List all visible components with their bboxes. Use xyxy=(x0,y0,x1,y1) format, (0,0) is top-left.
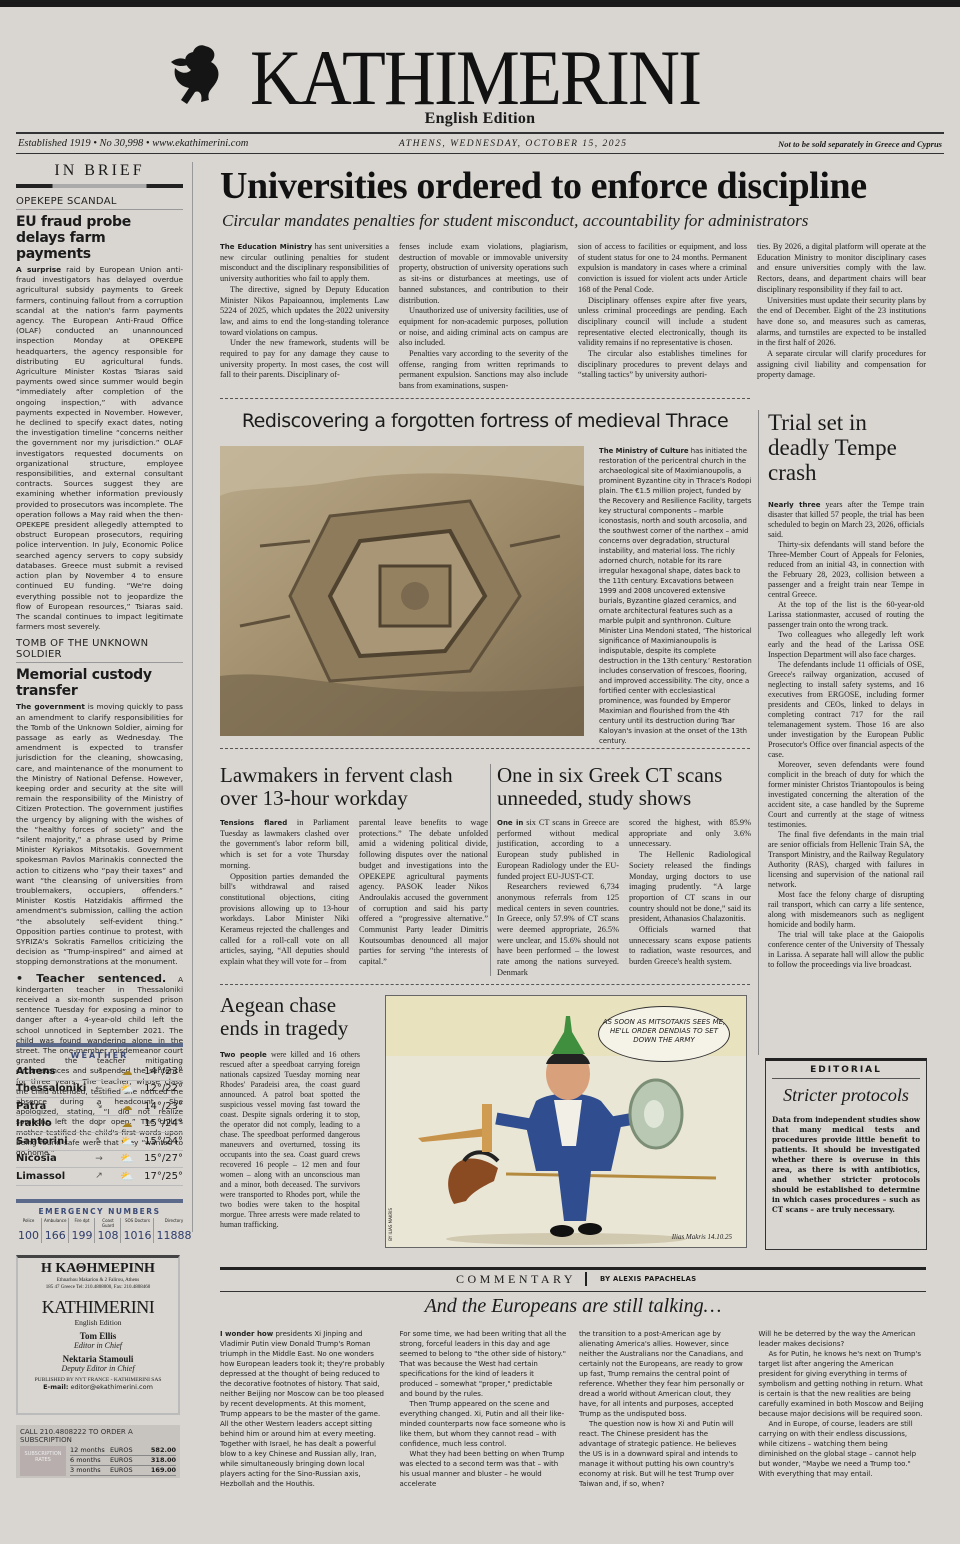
established-info: Established 1919 • No 30,998 • www.ekath… xyxy=(18,138,248,149)
address: Ethnarhou Makariou & 2 Falirou, Athens xyxy=(18,1277,178,1284)
wind-icon: ↓ xyxy=(84,1119,114,1129)
brief-kicker: TOMB OF THE UNKNOWN SOLDIER xyxy=(16,638,183,663)
sky-condition-icon: ⛅ xyxy=(114,1082,140,1095)
weather-rule xyxy=(16,1043,183,1047)
archaeological-site-photo xyxy=(220,446,584,736)
weather-row: Limassol↗⛅17°/25° xyxy=(16,1168,183,1186)
griffin-logo-icon xyxy=(165,42,235,108)
section-divider xyxy=(220,984,750,985)
commentary-rule xyxy=(220,1291,926,1292)
issue-date: ATHENS, WEDNESDAY, OCTOBER 15, 2025 xyxy=(399,139,628,149)
city-name: Thessaloniki xyxy=(16,1083,84,1094)
column-divider xyxy=(490,764,491,976)
section-divider xyxy=(220,748,750,749)
emergency-number: Ambulance166 xyxy=(42,1218,69,1243)
commentary-lede: I wonder how xyxy=(220,1330,273,1338)
emergency-number: Directory11888 xyxy=(154,1218,193,1243)
city-name: Patra xyxy=(16,1101,84,1112)
lead-body: The Education Ministry has sent universi… xyxy=(220,242,926,392)
masthead: KATHIMERINI English Edition xyxy=(0,38,960,133)
commentary-column-4: Will he be deterred by the way the Ameri… xyxy=(759,1329,927,1489)
tempe-body: Nearly three years after the Tempe train… xyxy=(768,500,924,970)
impressum-brand: KATHIMERINI xyxy=(18,1297,178,1318)
cartoon-credit: BY ILIAS MAKRIS xyxy=(388,1208,393,1241)
aegean-lede: Two people xyxy=(220,1051,267,1059)
aegean-body: Two people were killed and 16 others res… xyxy=(220,1050,360,1230)
impressum-box: Η ΚΑΘΗΜΕΡΙΝΗ Ethnarhou Makariou & 2 Fali… xyxy=(16,1255,180,1415)
wind-icon: ↗ xyxy=(84,1066,114,1076)
editorial-box: EDITORIAL Stricter protocols Data from i… xyxy=(765,1058,927,1250)
brief-lede: • Teacher sentenced. xyxy=(16,972,166,985)
subscription-rate-row: 6 monthsEUROS318.00 xyxy=(70,1456,176,1466)
article-text: years after the Tempe train disaster tha… xyxy=(768,500,924,970)
article-text: ties. By 2026, a digital platform will o… xyxy=(757,242,926,381)
ct-scans-body: One in six CT scans in Greece are perfor… xyxy=(497,818,751,979)
brief-lede: A surprise xyxy=(16,265,61,274)
speech-bubble: AS SOON AS MITSOTAKIS SEES ME, HE'LL ORD… xyxy=(598,1006,730,1062)
lawmakers-body: Tensions flared in Parliament Tuesday as… xyxy=(220,818,488,968)
commentary-column-1: I wonder how presidents Xi Jinping and V… xyxy=(220,1329,388,1489)
subscription-rate-row: 12 monthsEUROS582.00 xyxy=(70,1446,176,1456)
thrace-body: The Ministry of Culture has initiated th… xyxy=(599,446,752,746)
section-divider xyxy=(220,398,750,399)
wind-icon: ↗ xyxy=(84,1171,114,1181)
lead-headline: Universities ordered to enforce discipli… xyxy=(220,164,867,208)
sky-condition-icon: ⛅ xyxy=(114,1152,140,1165)
in-brief-rule xyxy=(16,184,183,188)
brief-body: raid by European Union anti-fraud invest… xyxy=(16,265,183,631)
commentary-column-3: the transition to a post-American age by… xyxy=(579,1329,747,1489)
lawmakers-headline: Lawmakers in fervent clash over 13-hour … xyxy=(220,764,490,810)
temperature-range: 15°/24° xyxy=(140,1118,183,1129)
subscription-rates-label: SUBSCRIPTION RATES xyxy=(20,1446,66,1476)
article-text: parental leave benefits to wage protecti… xyxy=(359,818,488,966)
temperature-range: 17°/25° xyxy=(140,1171,183,1182)
column-divider xyxy=(192,162,193,1232)
weather-row: Athens↗☁14°/23° xyxy=(16,1063,183,1081)
sky-condition-icon: ⛅ xyxy=(114,1135,140,1148)
thrace-headline: Rediscovering a forgotten fortress of me… xyxy=(220,410,750,432)
aerial-ruins-image xyxy=(220,446,584,736)
sky-condition-icon: ⛅ xyxy=(114,1170,140,1183)
article-text: the transition to a post-American age by… xyxy=(579,1330,747,1489)
city-name: Santorini xyxy=(16,1136,84,1147)
brief-headline: Memorial custody transfer xyxy=(16,667,183,699)
temperature-range: 15°/24° xyxy=(140,1136,183,1147)
masthead-edition: English Edition xyxy=(0,110,960,128)
commentary-top-rule xyxy=(220,1267,926,1270)
emergency-number: Fire dpt199 xyxy=(69,1218,95,1243)
lead-lede: The Education Ministry xyxy=(220,243,312,251)
weather-row: Santorini↖⛅15°/24° xyxy=(16,1133,183,1151)
weather-row: Iraklio↓☁15°/24° xyxy=(16,1116,183,1134)
in-brief-label: IN BRIEF xyxy=(16,162,183,184)
email-label: E-mail: xyxy=(43,1383,68,1391)
lawmakers-lede: Tensions flared xyxy=(220,819,287,827)
brief-kicker: OPEKEPE SCANDAL xyxy=(16,196,183,210)
weather-title: WEATHER xyxy=(16,1051,183,1060)
sky-condition-icon: ☁ xyxy=(114,1065,140,1078)
tempe-headline: Trial set in deadly Tempe crash xyxy=(768,410,898,485)
cartoon-signature: Ilias Makris 14.10.25 xyxy=(672,1233,732,1241)
address-contact: 185 47 Greece Tel: 210.4808000, Fax: 210… xyxy=(18,1284,178,1291)
lead-column-4: ties. By 2026, a digital platform will o… xyxy=(757,242,926,392)
editorial-title: Stricter protocols xyxy=(772,1085,920,1105)
dateline-bar: Established 1919 • No 30,998 • www.ekath… xyxy=(16,132,944,154)
city-name: Iraklio xyxy=(16,1118,84,1129)
emergency-number: SOS Doctors1016 xyxy=(121,1218,154,1243)
political-cartoon: AS SOON AS MITSOTAKIS SEES ME, HE'LL ORD… xyxy=(385,995,747,1248)
masthead-title: KATHIMERINI xyxy=(250,38,700,118)
thrace-lede: The Ministry of Culture xyxy=(599,447,689,455)
commentary-label: COMMENTARY xyxy=(456,1272,576,1287)
impressum-edition: English Edition xyxy=(18,1318,178,1327)
commentary-body: I wonder how presidents Xi Jinping and V… xyxy=(220,1329,926,1489)
column-divider xyxy=(758,410,759,1055)
top-border xyxy=(0,0,960,7)
emergency-number: Coast Guard108 xyxy=(95,1218,121,1243)
commentary-column-2: For some time, we had been writing that … xyxy=(400,1329,568,1489)
deputy-role: Deputy Editor in Chief xyxy=(18,1364,178,1373)
city-name: Limassol xyxy=(16,1171,84,1182)
brief-body: is moving quickly to pass an amendment t… xyxy=(16,702,183,966)
commentary-byline: BY ALEXIS PAPACHELAS xyxy=(600,1275,696,1283)
sky-condition-icon: ☁ xyxy=(114,1100,140,1113)
temperature-range: 14°/23° xyxy=(140,1066,183,1077)
lead-subhead: Circular mandates penalties for student … xyxy=(222,211,808,231)
commentary-title: And the Europeans are still talking… xyxy=(220,1295,926,1318)
article-text: fenses include exam violations, plagiari… xyxy=(399,242,568,392)
aegean-text: were killed and 16 others rescued after … xyxy=(220,1050,360,1229)
article-text: six CT scans in Greece are performed wit… xyxy=(497,818,619,979)
editor-name: Tom Ellis xyxy=(18,1331,178,1341)
brief-headline: EU fraud probe delays farm payments xyxy=(16,214,183,262)
editorial-body: Data from independent studies show that … xyxy=(772,1115,920,1215)
weather-row: Nicosia→⛅15°/27° xyxy=(16,1151,183,1169)
editorial-label: EDITORIAL xyxy=(772,1065,920,1079)
brief-lede: The government xyxy=(16,702,85,711)
lead-column-3: sion of access to facilities or equipmen… xyxy=(578,242,747,392)
article-text: presidents Xi Jinping and Vladimir Putin… xyxy=(220,1330,385,1488)
article-text: scored the highest, with 85.9% appropria… xyxy=(629,818,751,968)
emergency-number: Police100 xyxy=(16,1218,42,1243)
lead-column-1: The Education Ministry has sent universi… xyxy=(220,242,389,392)
tempe-lede: Nearly three xyxy=(768,501,820,509)
weather-box: WEATHER Athens↗☁14°/23°Thessaloniki←⛅12°… xyxy=(16,1043,183,1186)
wind-icon: ↘ xyxy=(84,1101,114,1111)
thrace-text: has initiated the restoration of the per… xyxy=(599,447,752,745)
city-name: Nicosia xyxy=(16,1153,84,1164)
aegean-headline: Aegean chase ends in tragedy xyxy=(220,994,370,1040)
email-link[interactable]: editor@ekathimerini.com xyxy=(71,1383,153,1391)
emergency-rule xyxy=(16,1199,183,1203)
ct-scans-headline: One in six Greek CT scans unneeded, stud… xyxy=(497,764,752,810)
brief-item-tomb: TOMB OF THE UNKNOWN SOLDIER Memorial cus… xyxy=(16,638,183,967)
emergency-numbers-box: EMERGENCY NUMBERS Police100Ambulance166F… xyxy=(16,1199,183,1243)
weather-row: Thessaloniki←⛅12°/22° xyxy=(16,1081,183,1099)
article-text: Will he be deterred by the way the Ameri… xyxy=(759,1330,927,1479)
emergency-title: EMERGENCY NUMBERS xyxy=(16,1207,183,1216)
sale-notice: Not to be sold separately in Greece and … xyxy=(778,139,942,149)
subscription-box: CALL 210.4808222 TO ORDER A SUBSCRIPTION… xyxy=(16,1425,180,1478)
editor-role: Editor in Chief xyxy=(18,1341,178,1350)
temperature-range: 15°/27° xyxy=(140,1153,183,1164)
article-text: has sent universities a new circular out… xyxy=(220,242,389,381)
lead-column-2: fenses include exam violations, plagiari… xyxy=(399,242,568,392)
brief-item-opekepe: OPEKEPE SCANDAL EU fraud probe delays fa… xyxy=(16,196,183,632)
ct-lede: One in xyxy=(497,819,523,827)
article-text: For some time, we had been writing that … xyxy=(400,1330,568,1489)
subscription-rate-row: 3 monthsEUROS169.00 xyxy=(70,1466,176,1476)
city-name: Athens xyxy=(16,1066,84,1077)
subscription-call: CALL 210.4808222 TO ORDER A SUBSCRIPTION xyxy=(20,1428,176,1444)
commentary-separator xyxy=(585,1272,587,1286)
wind-icon: ↖ xyxy=(84,1136,114,1146)
temperature-range: 12°/22° xyxy=(140,1083,183,1094)
wind-icon: → xyxy=(84,1154,114,1164)
sky-condition-icon: ☁ xyxy=(114,1117,140,1130)
deputy-name: Nektaria Stamouli xyxy=(18,1354,178,1364)
temperature-range: 14°/23° xyxy=(140,1101,183,1112)
weather-row: Patra↘☁14°/23° xyxy=(16,1098,183,1116)
article-text: in Parliament Tuesday as lawmakers clash… xyxy=(220,818,349,968)
article-text: sion of access to facilities or equipmen… xyxy=(578,242,747,381)
wind-icon: ← xyxy=(84,1084,114,1094)
greek-title: Η ΚΑΘΗΜΕΡΙΝΗ xyxy=(18,1261,178,1277)
